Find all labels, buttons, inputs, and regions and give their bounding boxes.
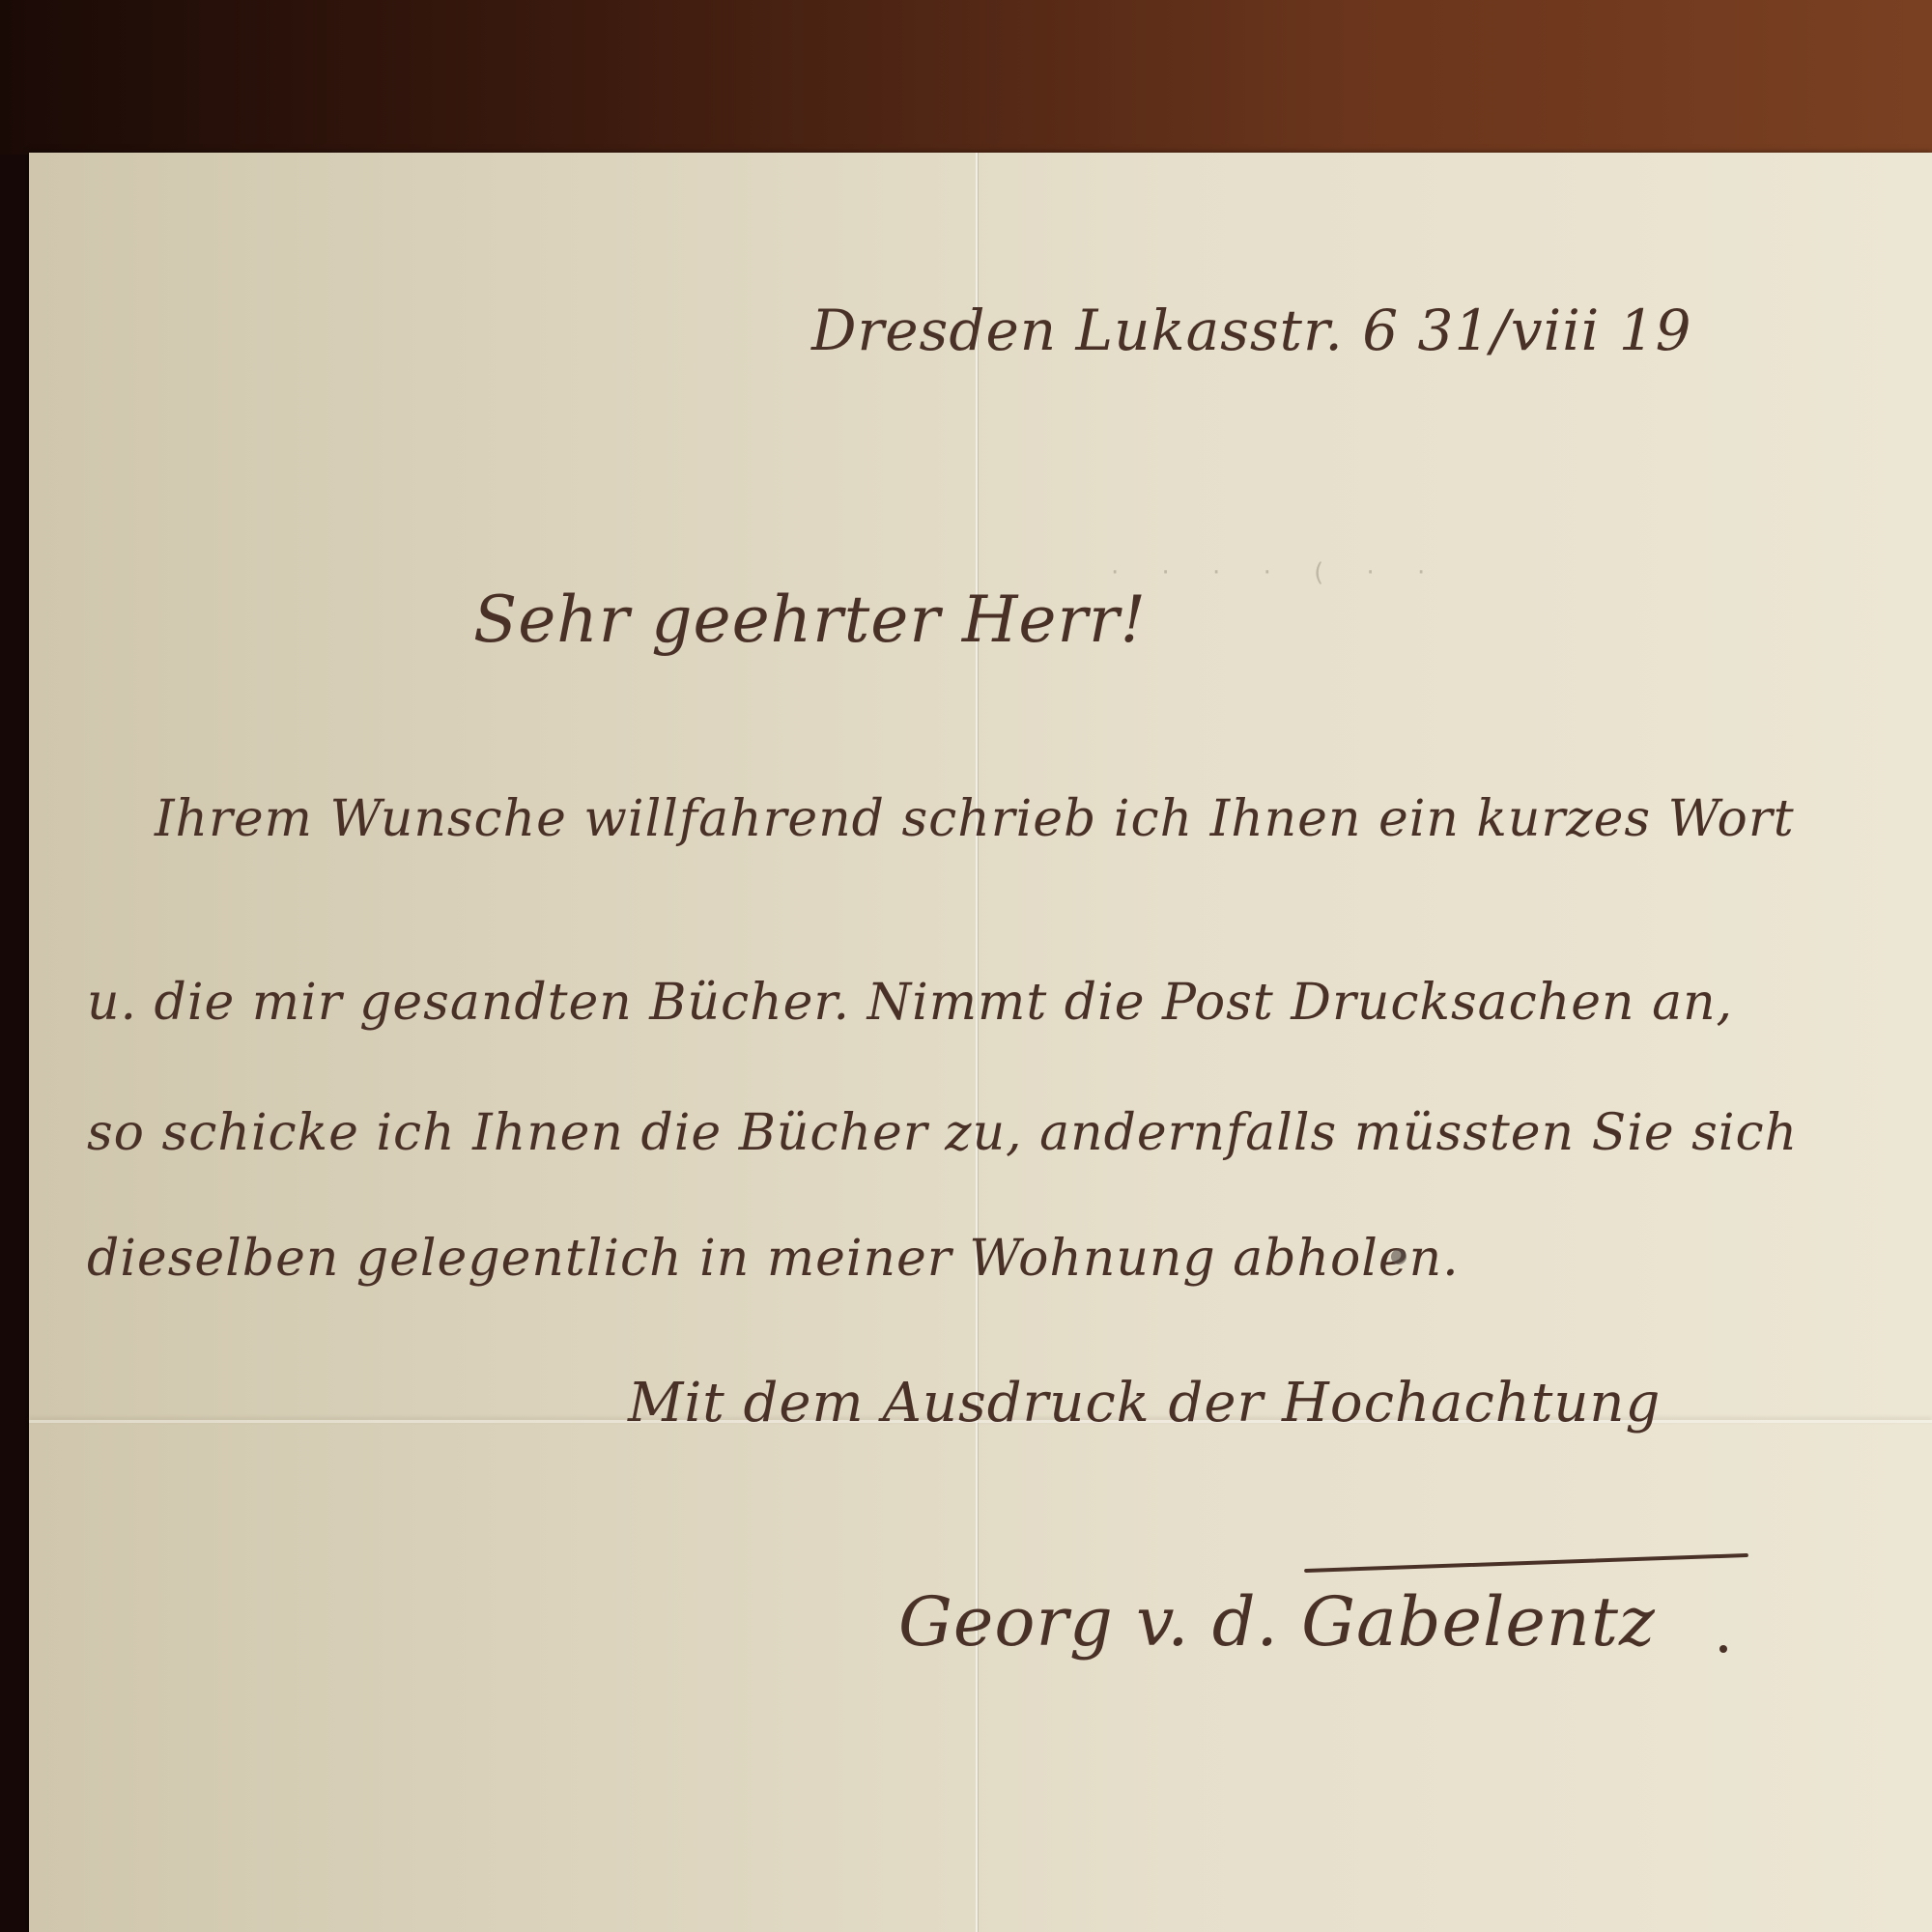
faint-show-through-stamp: · · · · ( · · xyxy=(1111,558,1442,587)
body-line-1: Ihrem Wunsche willfahrend schrieb ich Ih… xyxy=(155,790,1795,848)
body-line-4: dieselben gelegentlich in meiner Wohnung… xyxy=(87,1230,1460,1288)
signature-flourish xyxy=(1304,1553,1748,1573)
signature: Georg v. d. Gabelentz xyxy=(898,1582,1656,1662)
letter-paper: Dresden Lukasstr. 6 31/viii 19 · · · · (… xyxy=(29,153,1932,1932)
signature-dot xyxy=(1719,1645,1727,1653)
vertical-fold-crease xyxy=(976,153,978,1932)
body-line-2: u. die mir gesandten Bücher. Nimmt die P… xyxy=(87,974,1733,1032)
ink-spot xyxy=(1391,1249,1406,1264)
place-and-date: Dresden Lukasstr. 6 31/viii 19 xyxy=(811,298,1692,363)
closing-phrase: Mit dem Ausdruck der Hochachtung xyxy=(628,1372,1661,1435)
wooden-table-surface xyxy=(0,0,1932,155)
salutation: Sehr geehrter Herr! xyxy=(473,582,1147,657)
table-shadow-left xyxy=(0,155,29,1932)
body-line-3: so schicke ich Ihnen die Bücher zu, ande… xyxy=(87,1104,1798,1162)
